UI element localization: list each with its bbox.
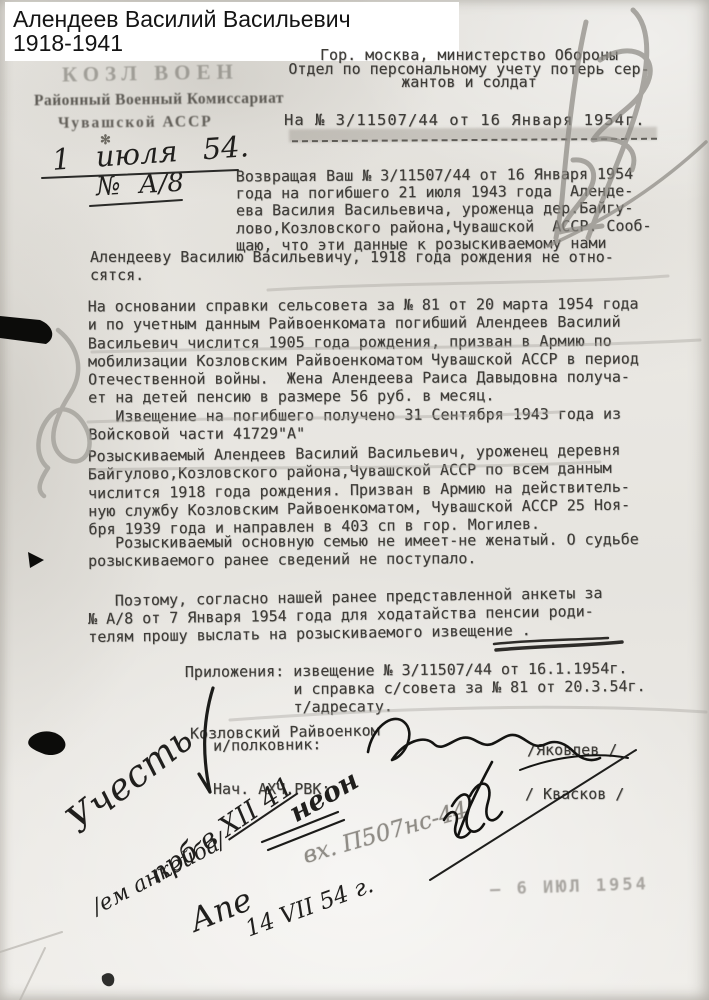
signature2-typed-name: / Квасков / [525,785,624,803]
paragraph-certificate: На основании справки сельсовета за № 81 … [88,295,640,444]
pencil-squiggle-left-margin [38,330,89,496]
paragraph-request: Поэтому, согласно нашей ранее представле… [88,584,604,647]
recipient-header: Гор. москва, министерство Обороны Отдел … [283,49,655,90]
scanned-document-page: Алендеев Василий Васильевич 1918-1941 КО… [0,0,709,1000]
paragraph-return: Возвращая Ваш № 3/11507/44 от 16 Января … [236,166,652,255]
paragraph-family: Розыскиваемый основную семью не имеет-не… [88,530,639,570]
note-neon: неон [284,765,364,829]
name-label-title: Алендеев Василий Васильевич [13,7,451,31]
attachments-block: Приложения: извещение № 3/11507/44 от 16… [185,660,646,717]
commissariat-stamp-line3: Чувашской АССР [58,113,213,133]
incoming-date-stamp: – 6 ИЮЛ 1954 [490,875,649,899]
note-date-bottom: 14 VII 54 г. [242,872,377,942]
corner-fold-lines [0,932,62,1000]
signature1-typed-name: /Яковлев / [527,741,617,759]
commissariat-stamp-line1: КОЗЛ ВОЕН [62,59,239,87]
commissariat-stamp-line2: Районный Военный Комиссариат [34,90,284,111]
paragraph-return-cont: Алендееву Василию Васильевичу, 1918 года… [90,249,614,284]
paragraph-sought-person: Розыскиваемый Алендеев Василий Васильеви… [87,441,630,539]
handwritten-number: № А/8 [95,168,184,203]
